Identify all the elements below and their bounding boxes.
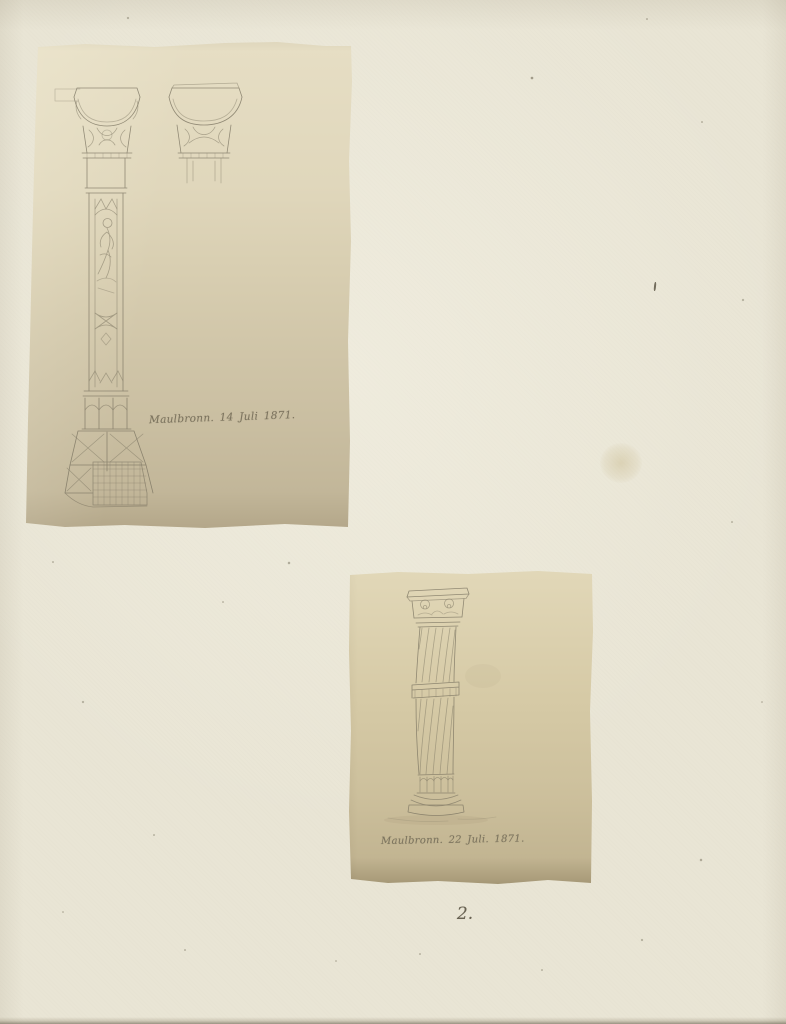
page-number: 2. — [448, 904, 482, 924]
drawing-sheet-1: Maulbronn. 14 Juli 1871. — [25, 41, 354, 530]
sheet-2-inscription: Maulbronn. 22 Juli. 1871. — [381, 834, 501, 847]
album-page: Maulbronn. 14 Juli 1871. — [0, 0, 786, 1024]
foxing-speckles — [0, 0, 2, 2]
drawing-sheet-2: Maulbronn. 22 Juli. 1871. — [348, 571, 594, 889]
pier-column-drawing — [55, 88, 153, 507]
twisted-column-drawing — [384, 588, 501, 825]
foxing-stain — [600, 443, 642, 483]
capital-study-drawing — [169, 83, 242, 183]
gothic-pier-sketch — [25, 41, 354, 530]
pencil-tick-mark — [654, 282, 657, 291]
page-bottom-edge-shadow — [0, 1017, 786, 1024]
